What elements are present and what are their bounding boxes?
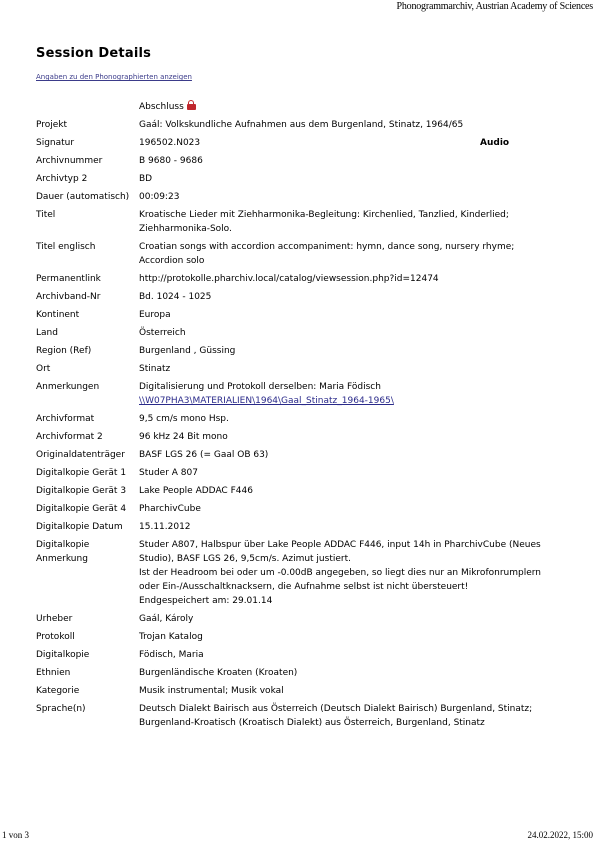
field-label: Land xyxy=(36,326,139,340)
field-value: BD xyxy=(139,172,556,186)
field-archivnummer: Archivnummer B 9680 - 9686 xyxy=(36,154,556,168)
field-value: Lake People ADDAC F446 xyxy=(139,484,556,498)
field-value: Europa xyxy=(139,308,556,322)
field-value: Gaál, Károly xyxy=(139,612,556,626)
field-label: Permanentlink xyxy=(36,272,139,286)
session-details-table: Abschluss Projekt Gaál: Volkskundliche A… xyxy=(36,100,556,734)
field-label: Digitalkopie Gerät 3 xyxy=(36,484,139,498)
field-archivformat: Archivformat 9,5 cm/s mono Hsp. xyxy=(36,412,556,426)
lock-icon xyxy=(187,100,196,110)
field-label: Titel englisch xyxy=(36,240,139,268)
field-titel-englisch: Titel englisch Croatian songs with accor… xyxy=(36,240,556,268)
field-label: Originaldatenträger xyxy=(36,448,139,462)
field-value-line: Burgenland-Kroatisch (Kroatisch Dialekt)… xyxy=(139,716,546,730)
phonographed-link[interactable]: Angaben zu den Phonographierten anzeigen xyxy=(36,73,192,81)
field-value-line: Studer A807, Halbspur über Lake People A… xyxy=(139,538,546,566)
field-value: Musik instrumental; Musik vokal xyxy=(139,684,556,698)
field-label: Sprache(n) xyxy=(36,702,139,730)
field-anmerkungen: Anmerkungen Digitalisierung und Protokol… xyxy=(36,380,556,408)
field-label: Digitalkopie Gerät 4 xyxy=(36,502,139,516)
permanent-link[interactable]: http://protokolle.pharchiv.local/catalog… xyxy=(139,272,556,286)
field-label: Dauer (automatisch) xyxy=(36,190,139,204)
field-value-line: Deutsch Dialekt Bairisch aus Österreich … xyxy=(139,702,546,716)
field-value: Burgenländische Kroaten (Kroaten) xyxy=(139,666,556,680)
field-value: 9,5 cm/s mono Hsp. xyxy=(139,412,556,426)
field-label: Ort xyxy=(36,362,139,376)
field-label: Urheber xyxy=(36,612,139,626)
field-value: Födisch, Maria xyxy=(139,648,556,662)
status-label: Abschluss xyxy=(139,102,184,112)
field-label: Digitalkopie Anmerkung xyxy=(36,538,139,608)
field-region: Region (Ref) Burgenland , Güssing xyxy=(36,344,556,358)
field-kategorie: Kategorie Musik instrumental; Musik voka… xyxy=(36,684,556,698)
field-archivformat2: Archivformat 2 96 kHz 24 Bit mono xyxy=(36,430,556,444)
print-header: Phonogrammarchiv, Austrian Academy of Sc… xyxy=(397,1,594,12)
field-signatur: Signatur 196502.N023 Audio xyxy=(36,136,556,150)
field-geraet3: Digitalkopie Gerät 3 Lake People ADDAC F… xyxy=(36,484,556,498)
field-kontinent: Kontinent Europa xyxy=(36,308,556,322)
field-value: B 9680 - 9686 xyxy=(139,154,556,168)
field-label: Region (Ref) xyxy=(36,344,139,358)
field-value: Österreich xyxy=(139,326,556,340)
field-value: Croatian songs with accordion accompanim… xyxy=(139,240,556,268)
field-value: 00:09:23 xyxy=(139,190,556,204)
field-label: Kontinent xyxy=(36,308,139,322)
field-sprachen: Sprache(n) Deutsch Dialekt Bairisch aus … xyxy=(36,702,556,730)
field-label: Digitalkopie xyxy=(36,648,139,662)
field-protokoll: Protokoll Trojan Katalog xyxy=(36,630,556,644)
field-digitalkopie: Digitalkopie Födisch, Maria xyxy=(36,648,556,662)
field-land: Land Österreich xyxy=(36,326,556,340)
field-value-line: Ist der Headroom bei oder um -0.00dB ang… xyxy=(139,566,546,594)
field-value: BASF LGS 26 (= Gaal OB 63) xyxy=(139,448,556,462)
field-label: Archivnummer xyxy=(36,154,139,168)
field-value: 96 kHz 24 Bit mono xyxy=(139,430,556,444)
field-dauer: Dauer (automatisch) 00:09:23 xyxy=(36,190,556,204)
media-type-badge: Audio xyxy=(480,136,509,150)
field-value: PharchivCube xyxy=(139,502,556,516)
field-label: Archivtyp 2 xyxy=(36,172,139,186)
field-ethnien: Ethnien Burgenländische Kroaten (Kroaten… xyxy=(36,666,556,680)
field-value: Stinatz xyxy=(139,362,556,376)
page-title: Session Details xyxy=(36,46,151,61)
field-label: Archivformat xyxy=(36,412,139,426)
field-value: Studer A 807 xyxy=(139,466,556,480)
field-geraet4: Digitalkopie Gerät 4 PharchivCube xyxy=(36,502,556,516)
field-archivband: Archivband-Nr Bd. 1024 - 1025 xyxy=(36,290,556,304)
field-label: Titel xyxy=(36,208,139,236)
status-row: Abschluss xyxy=(36,100,556,114)
archive-path-link[interactable]: \\W07PHA3\MATERIALIEN\1964\Gaal_Stinatz_… xyxy=(139,396,394,406)
field-value: 15.11.2012 xyxy=(139,520,556,534)
field-label: Signatur xyxy=(36,136,139,150)
field-originaldatentraeger: Originaldatenträger BASF LGS 26 (= Gaal … xyxy=(36,448,556,462)
field-value-line: Endgespeichert am: 29.01.14 xyxy=(139,594,546,608)
field-label: Anmerkungen xyxy=(36,380,139,408)
field-kopie-datum: Digitalkopie Datum 15.11.2012 xyxy=(36,520,556,534)
field-value: Kroatische Lieder mit Ziehharmonika-Begl… xyxy=(139,208,556,236)
field-value: Burgenland , Güssing xyxy=(139,344,556,358)
page-number: 1 von 3 xyxy=(2,830,29,840)
field-titel: Titel Kroatische Lieder mit Ziehharmonik… xyxy=(36,208,556,236)
print-datetime: 24.02.2022, 15:00 xyxy=(527,830,593,840)
field-label: Projekt xyxy=(36,118,139,132)
field-label: Archivformat 2 xyxy=(36,430,139,444)
field-ort: Ort Stinatz xyxy=(36,362,556,376)
field-label: Digitalkopie Gerät 1 xyxy=(36,466,139,480)
field-urheber: Urheber Gaál, Károly xyxy=(36,612,556,626)
field-geraet1: Digitalkopie Gerät 1 Studer A 807 xyxy=(36,466,556,480)
field-label: Protokoll xyxy=(36,630,139,644)
field-permanentlink: Permanentlink http://protokolle.pharchiv… xyxy=(36,272,556,286)
field-label: Digitalkopie Datum xyxy=(36,520,139,534)
field-value: Digitalisierung und Protokoll derselben:… xyxy=(139,380,546,394)
field-value: Bd. 1024 - 1025 xyxy=(139,290,556,304)
field-projekt: Projekt Gaál: Volkskundliche Aufnahmen a… xyxy=(36,118,556,132)
field-label: Ethnien xyxy=(36,666,139,680)
field-label: Kategorie xyxy=(36,684,139,698)
field-value: Trojan Katalog xyxy=(139,630,556,644)
field-label: Archivband-Nr xyxy=(36,290,139,304)
field-kopie-anmerkung: Digitalkopie Anmerkung Studer A807, Halb… xyxy=(36,538,556,608)
field-archivtyp2: Archivtyp 2 BD xyxy=(36,172,556,186)
field-value: Gaál: Volkskundliche Aufnahmen aus dem B… xyxy=(139,118,556,132)
